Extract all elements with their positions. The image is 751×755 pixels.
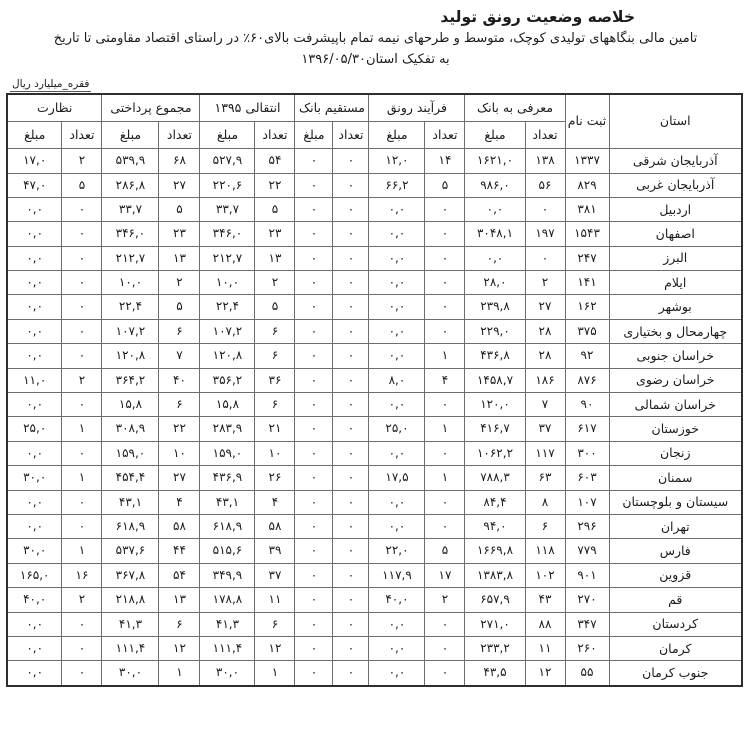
value-cell: ۶۱۸,۹ [200, 515, 255, 539]
value-cell: ۴۴ [159, 539, 200, 563]
value-cell: ۱۴۱ [565, 271, 609, 295]
value-cell: ۰ [333, 588, 369, 612]
value-cell: ۱۳۸۳,۸ [465, 563, 525, 587]
value-cell: ۲۳۳,۲ [465, 636, 525, 660]
value-cell: ۰ [333, 222, 369, 246]
value-cell: ۰ [333, 466, 369, 490]
value-cell: ۰,۰ [7, 197, 62, 221]
value-cell: ۱۵۹,۰ [102, 441, 159, 465]
value-cell: ۱۶۶۹,۸ [465, 539, 525, 563]
value-cell: ۲۷ [159, 466, 200, 490]
value-cell: ۶۵۷,۹ [465, 588, 525, 612]
value-cell: ۸۷۶ [565, 368, 609, 392]
value-cell: ۰,۰ [369, 490, 425, 514]
value-cell: ۰ [62, 612, 102, 636]
value-cell: ۰ [425, 222, 465, 246]
header-group-intro-to-bank: معرفی به بانک [465, 94, 565, 122]
value-cell: ۰,۰ [465, 246, 525, 270]
value-cell: ۱۰۶۲,۲ [465, 441, 525, 465]
value-cell: ۰ [425, 271, 465, 295]
value-cell: ۰,۰ [369, 246, 425, 270]
value-cell: ۰,۰ [7, 393, 62, 417]
value-cell: ۲۸,۰ [465, 271, 525, 295]
value-cell: ۰,۰ [7, 612, 62, 636]
value-cell: ۳۰,۰ [200, 661, 255, 686]
value-cell: ۱۲,۰ [369, 149, 425, 173]
value-cell: ۰ [333, 197, 369, 221]
value-cell: ۶۸ [159, 149, 200, 173]
value-cell: ۲۲۹,۰ [465, 319, 525, 343]
value-cell: ۶ [255, 319, 295, 343]
value-cell: ۲۱۸,۸ [102, 588, 159, 612]
value-cell: ۰ [62, 636, 102, 660]
value-cell: ۲ [62, 368, 102, 392]
value-cell: ۱۱,۰ [7, 368, 62, 392]
value-cell: ۵۴ [159, 563, 200, 587]
value-cell: ۴۰ [159, 368, 200, 392]
value-cell: ۱۶ [62, 563, 102, 587]
value-cell: ۷ [159, 344, 200, 368]
value-cell: ۲۲۰,۶ [200, 173, 255, 197]
province-cell: خوزستان [609, 417, 742, 441]
value-cell: ۲۸۳,۹ [200, 417, 255, 441]
table-row: خراسان رضوی۸۷۶۱۸۶۱۴۵۸,۷۴۸,۰۰۰۳۶۳۵۶,۲۴۰۳۶… [7, 368, 742, 392]
table-row: قزوین۹۰۱۱۰۲۱۳۸۳,۸۱۷۱۱۷,۹۰۰۳۷۳۴۹,۹۵۴۳۶۷,۸… [7, 563, 742, 587]
value-cell: ۴ [159, 490, 200, 514]
value-cell: ۴ [255, 490, 295, 514]
value-cell: ۰,۰ [7, 441, 62, 465]
value-cell: ۳۰۰ [565, 441, 609, 465]
value-cell: ۰ [295, 441, 333, 465]
value-cell: ۶ [159, 612, 200, 636]
value-cell: ۰,۰ [369, 393, 425, 417]
value-cell: ۴۵۴,۴ [102, 466, 159, 490]
subtitle-line-1: تامین مالی بنگاههای تولیدی کوچک، متوسط و… [14, 28, 737, 50]
value-cell: ۱۰۲ [525, 563, 565, 587]
value-cell: ۱ [159, 661, 200, 686]
value-cell: ۱۲۰,۸ [102, 344, 159, 368]
value-cell: ۲ [62, 149, 102, 173]
province-cell: قم [609, 588, 742, 612]
province-cell: آذربایجان شرقی [609, 149, 742, 173]
value-cell: ۳۸۱ [565, 197, 609, 221]
table-row: اصفهان۱۵۴۳۱۹۷۳۰۴۸,۱۰۰,۰۰۰۲۳۳۴۶,۰۲۳۳۴۶,۰۰… [7, 222, 742, 246]
value-cell: ۴۳۶,۹ [200, 466, 255, 490]
header-group-bank-direct: مستقیم بانک [295, 94, 369, 122]
header-group-prosperity-process: فرآیند رونق [369, 94, 465, 122]
value-cell: ۲۸۶,۸ [102, 173, 159, 197]
value-cell: ۰,۰ [7, 490, 62, 514]
header-sub-count: تعداد [255, 122, 295, 149]
value-cell: ۰ [62, 197, 102, 221]
value-cell: ۲۷۱,۰ [465, 612, 525, 636]
value-cell: ۰ [62, 319, 102, 343]
value-cell: ۱۱۷ [525, 441, 565, 465]
value-cell: ۵۳۷,۶ [102, 539, 159, 563]
value-cell: ۲۸ [525, 319, 565, 343]
value-cell: ۱ [62, 466, 102, 490]
value-cell: ۰ [425, 197, 465, 221]
value-cell: ۲۲,۴ [102, 295, 159, 319]
value-cell: ۰ [333, 417, 369, 441]
value-cell: ۵۲۷,۹ [200, 149, 255, 173]
value-cell: ۳۴۶,۰ [102, 222, 159, 246]
table-row: سمنان۶۰۳۶۳۷۸۸,۳۱۱۷,۵۰۰۲۶۴۳۶,۹۲۷۴۵۴,۴۱۳۰,… [7, 466, 742, 490]
value-cell: ۶ [255, 393, 295, 417]
value-cell: ۱۳ [159, 246, 200, 270]
value-cell: ۰ [295, 539, 333, 563]
value-cell: ۲۶۰ [565, 636, 609, 660]
value-cell: ۰ [295, 149, 333, 173]
value-cell: ۱ [255, 661, 295, 686]
subtitle-line-2: ۱۳۹۶/۰۵/۳۰به تفکیک استان [14, 50, 737, 71]
value-cell: ۲۷ [525, 295, 565, 319]
table-row: اردبیل۳۸۱۰۰,۰۰۰,۰۰۰۵۳۳,۷۵۳۳,۷۰۰,۰ [7, 197, 742, 221]
province-cell: بوشهر [609, 295, 742, 319]
table-row: خراسان جنوبی۹۲۲۸۴۳۶,۸۱۰,۰۰۰۶۱۲۰,۸۷۱۲۰,۸۰… [7, 344, 742, 368]
header-group-transferred-1395: انتقالی ۱۳۹۵ [200, 94, 295, 122]
value-cell: ۵ [159, 295, 200, 319]
value-cell: ۰,۰ [369, 271, 425, 295]
value-cell: ۳۶۴,۲ [102, 368, 159, 392]
value-cell: ۱۵,۸ [102, 393, 159, 417]
value-cell: ۲ [425, 588, 465, 612]
value-cell: ۱ [62, 539, 102, 563]
value-cell: ۷۸۸,۳ [465, 466, 525, 490]
value-cell: ۰ [62, 246, 102, 270]
province-cell: کردستان [609, 612, 742, 636]
value-cell: ۰,۰ [7, 319, 62, 343]
value-cell: ۱۰,۰ [102, 271, 159, 295]
header-sub-count: تعداد [333, 122, 369, 149]
value-cell: ۵ [255, 295, 295, 319]
value-cell: ۰,۰ [7, 271, 62, 295]
header-sub-count: تعداد [525, 122, 565, 149]
value-cell: ۲۲ [255, 173, 295, 197]
value-cell: ۲۵,۰ [369, 417, 425, 441]
table-row: چهارمحال و بختیاری۳۷۵۲۸۲۲۹,۰۰۰,۰۰۰۶۱۰۷,۲… [7, 319, 742, 343]
table-row: کردستان۳۴۷۸۸۲۷۱,۰۰۰,۰۰۰۶۴۱,۳۶۴۱,۳۰۰,۰ [7, 612, 742, 636]
table-body: آذربایجان شرقی۱۳۳۷۱۳۸۱۶۲۱,۰۱۴۱۲,۰۰۰۵۴۵۲۷… [7, 149, 742, 686]
value-cell: ۱۴۵۸,۷ [465, 368, 525, 392]
value-cell: ۹۲ [565, 344, 609, 368]
value-cell: ۰ [333, 173, 369, 197]
value-cell: ۲۳ [255, 222, 295, 246]
value-cell: ۱۰ [255, 441, 295, 465]
table-row: آذربایجان غربی۸۲۹۵۶۹۸۶,۰۵۶۶,۲۰۰۲۲۲۲۰,۶۲۷… [7, 173, 742, 197]
value-cell: ۰,۰ [369, 515, 425, 539]
value-cell: ۱۲ [525, 661, 565, 686]
value-cell: ۱۹۷ [525, 222, 565, 246]
value-cell: ۲۴۷ [565, 246, 609, 270]
value-cell: ۰ [62, 441, 102, 465]
value-cell: ۰ [295, 319, 333, 343]
value-cell: ۳۰,۰ [7, 466, 62, 490]
value-cell: ۶ [159, 393, 200, 417]
value-cell: ۱۰۷ [565, 490, 609, 514]
value-cell: ۱۲۰,۸ [200, 344, 255, 368]
value-cell: ۰,۰ [7, 636, 62, 660]
value-cell: ۰,۰ [369, 441, 425, 465]
value-cell: ۲۲,۰ [369, 539, 425, 563]
value-cell: ۵ [425, 173, 465, 197]
value-cell: ۰ [62, 661, 102, 686]
header-sub-count: تعداد [62, 122, 102, 149]
value-cell: ۰ [333, 319, 369, 343]
value-cell: ۶ [255, 344, 295, 368]
province-cell: چهارمحال و بختیاری [609, 319, 742, 343]
value-cell: ۱ [425, 344, 465, 368]
value-cell: ۰ [333, 271, 369, 295]
value-cell: ۳۴۶,۰ [200, 222, 255, 246]
value-cell: ۰ [333, 149, 369, 173]
value-cell: ۳۶۷,۸ [102, 563, 159, 587]
value-cell: ۵ [62, 173, 102, 197]
value-cell: ۱۲۰,۰ [465, 393, 525, 417]
value-cell: ۵۳۹,۹ [102, 149, 159, 173]
value-cell: ۵ [425, 539, 465, 563]
value-cell: ۴۰,۰ [7, 588, 62, 612]
value-cell: ۵ [255, 197, 295, 221]
value-cell: ۰ [333, 563, 369, 587]
value-cell: ۰ [62, 393, 102, 417]
value-cell: ۱۳ [255, 246, 295, 270]
value-cell: ۰,۰ [369, 661, 425, 686]
table-row: سیستان و بلوچستان۱۰۷۸۸۴,۴۰۰,۰۰۰۴۴۳,۱۴۴۳,… [7, 490, 742, 514]
value-cell: ۲۱۲,۷ [200, 246, 255, 270]
value-cell: ۵۴ [255, 149, 295, 173]
value-cell: ۰ [425, 636, 465, 660]
value-cell: ۰ [333, 441, 369, 465]
table-row: البرز۲۴۷۰۰,۰۰۰,۰۰۰۱۳۲۱۲,۷۱۳۲۱۲,۷۰۰,۰ [7, 246, 742, 270]
province-cell: سیستان و بلوچستان [609, 490, 742, 514]
value-cell: ۰,۰ [465, 197, 525, 221]
value-cell: ۴۳ [525, 588, 565, 612]
value-cell: ۰ [295, 612, 333, 636]
value-cell: ۰ [333, 344, 369, 368]
value-cell: ۳۷۵ [565, 319, 609, 343]
header-province: استان [609, 94, 742, 149]
value-cell: ۳۴۹,۹ [200, 563, 255, 587]
header-sub-amount: مبلغ [465, 122, 525, 149]
value-cell: ۰ [425, 393, 465, 417]
header-group-total-paid: مجموع پرداختی [102, 94, 200, 122]
value-cell: ۵ [159, 197, 200, 221]
value-cell: ۰ [62, 295, 102, 319]
table-row: زنجان۳۰۰۱۱۷۱۰۶۲,۲۰۰,۰۰۰۱۰۱۵۹,۰۱۰۱۵۹,۰۰۰,… [7, 441, 742, 465]
value-cell: ۰ [295, 661, 333, 686]
value-cell: ۰ [295, 515, 333, 539]
value-cell: ۱۰ [159, 441, 200, 465]
value-cell: ۶۱۸,۹ [102, 515, 159, 539]
value-cell: ۲۳ [159, 222, 200, 246]
value-cell: ۳۰۴۸,۱ [465, 222, 525, 246]
table-row: فارس۷۷۹۱۱۸۱۶۶۹,۸۵۲۲,۰۰۰۳۹۵۱۵,۶۴۴۵۳۷,۶۱۳۰… [7, 539, 742, 563]
value-cell: ۲۳۹,۸ [465, 295, 525, 319]
value-cell: ۰,۰ [369, 636, 425, 660]
value-cell: ۱۷,۵ [369, 466, 425, 490]
value-cell: ۱۱۱,۴ [200, 636, 255, 660]
value-cell: ۶ [255, 612, 295, 636]
province-cell: خراسان جنوبی [609, 344, 742, 368]
value-cell: ۷ [525, 393, 565, 417]
value-cell: ۰ [425, 441, 465, 465]
value-cell: ۱ [425, 466, 465, 490]
value-cell: ۹۸۶,۰ [465, 173, 525, 197]
table-row: کرمان۲۶۰۱۱۲۳۳,۲۰۰,۰۰۰۱۲۱۱۱,۴۱۲۱۱۱,۴۰۰,۰ [7, 636, 742, 660]
value-cell: ۴۱۶,۷ [465, 417, 525, 441]
value-cell: ۰,۰ [369, 222, 425, 246]
table-row: بوشهر۱۶۲۲۷۲۳۹,۸۰۰,۰۰۰۵۲۲,۴۵۲۲,۴۰۰,۰ [7, 295, 742, 319]
value-cell: ۰,۰ [7, 344, 62, 368]
value-cell: ۴۱,۳ [200, 612, 255, 636]
value-cell: ۱۵,۸ [200, 393, 255, 417]
value-cell: ۴۱,۳ [102, 612, 159, 636]
value-cell: ۰,۰ [369, 344, 425, 368]
value-cell: ۲ [62, 588, 102, 612]
header-sub-count: تعداد [159, 122, 200, 149]
value-cell: ۳۳,۷ [102, 197, 159, 221]
value-cell: ۸,۰ [369, 368, 425, 392]
value-cell: ۸ [525, 490, 565, 514]
value-cell: ۱۴ [425, 149, 465, 173]
value-cell: ۰ [62, 344, 102, 368]
value-cell: ۱۰۷,۲ [102, 319, 159, 343]
value-cell: ۲ [525, 271, 565, 295]
value-cell: ۱۱۸ [525, 539, 565, 563]
value-cell: ۳۷ [525, 417, 565, 441]
province-cell: زنجان [609, 441, 742, 465]
value-cell: ۵۶ [525, 173, 565, 197]
value-cell: ۰ [295, 197, 333, 221]
value-cell: ۶۳ [525, 466, 565, 490]
value-cell: ۰,۰ [7, 222, 62, 246]
value-cell: ۱۳۸ [525, 149, 565, 173]
value-cell: ۱ [425, 417, 465, 441]
value-cell: ۰,۰ [369, 197, 425, 221]
value-cell: ۲۲,۴ [200, 295, 255, 319]
value-cell: ۱۶۵,۰ [7, 563, 62, 587]
table-row: قم۲۷۰۴۳۶۵۷,۹۲۴۰,۰۰۰۱۱۱۷۸,۸۱۳۲۱۸,۸۲۴۰,۰ [7, 588, 742, 612]
value-cell: ۰ [425, 661, 465, 686]
value-cell: ۰ [425, 515, 465, 539]
value-cell: ۱۱۷,۹ [369, 563, 425, 587]
value-cell: ۹۰ [565, 393, 609, 417]
value-cell: ۰ [425, 246, 465, 270]
province-cell: سمنان [609, 466, 742, 490]
value-cell: ۰ [425, 319, 465, 343]
value-cell: ۴ [425, 368, 465, 392]
value-cell: ۰,۰ [369, 319, 425, 343]
value-cell: ۳۰۸,۹ [102, 417, 159, 441]
value-cell: ۲۶ [255, 466, 295, 490]
value-cell: ۶۶,۲ [369, 173, 425, 197]
value-cell: ۰,۰ [369, 612, 425, 636]
production-status-table: استان ثبت نام معرفی به بانک فرآیند رونق … [6, 93, 743, 687]
value-cell: ۰ [295, 222, 333, 246]
province-cell: قزوین [609, 563, 742, 587]
value-cell: ۹۰۱ [565, 563, 609, 587]
header-sub-amount: مبلغ [7, 122, 62, 149]
value-cell: ۰,۰ [7, 515, 62, 539]
value-cell: ۰ [333, 368, 369, 392]
header-group-supervision: نظارت [7, 94, 102, 122]
value-cell: ۳۶ [255, 368, 295, 392]
value-cell: ۰ [62, 222, 102, 246]
value-cell: ۰ [525, 246, 565, 270]
report-page: خلاصه وضعیت رونق تولید تامین مالی بنگاهه… [0, 0, 751, 687]
value-cell: ۰ [295, 490, 333, 514]
value-cell: ۶ [525, 515, 565, 539]
value-cell: ۲۱ [255, 417, 295, 441]
value-cell: ۷۷۹ [565, 539, 609, 563]
province-cell: آذربایجان غربی [609, 173, 742, 197]
value-cell: ۱۳ [159, 588, 200, 612]
value-cell: ۱۵۹,۰ [200, 441, 255, 465]
value-cell: ۵۵ [565, 661, 609, 686]
value-cell: ۱۱ [525, 636, 565, 660]
value-cell: ۱۷۸,۸ [200, 588, 255, 612]
value-cell: ۵۸ [159, 515, 200, 539]
value-cell: ۱۷ [425, 563, 465, 587]
value-cell: ۰ [295, 393, 333, 417]
value-cell: ۳۷ [255, 563, 295, 587]
value-cell: ۶۰۳ [565, 466, 609, 490]
table-row: جنوب کرمان۵۵۱۲۴۳,۵۰۰,۰۰۰۱۳۰,۰۱۳۰,۰۰۰,۰ [7, 661, 742, 686]
value-cell: ۱۰,۰ [200, 271, 255, 295]
table-row: ایلام۱۴۱۲۲۸,۰۰۰,۰۰۰۲۱۰,۰۲۱۰,۰۰۰,۰ [7, 271, 742, 295]
value-cell: ۰ [333, 636, 369, 660]
header-sub-amount: مبلغ [295, 122, 333, 149]
value-cell: ۲۹۶ [565, 515, 609, 539]
value-cell: ۱۱ [255, 588, 295, 612]
value-cell: ۱ [62, 417, 102, 441]
value-cell: ۵۸ [255, 515, 295, 539]
province-cell: اصفهان [609, 222, 742, 246]
value-cell: ۰ [295, 295, 333, 319]
header-sub-amount: مبلغ [200, 122, 255, 149]
value-cell: ۰ [333, 393, 369, 417]
table-header: استان ثبت نام معرفی به بانک فرآیند رونق … [7, 94, 742, 149]
province-cell: جنوب کرمان [609, 661, 742, 686]
header-registration: ثبت نام [565, 94, 609, 149]
value-cell: ۱۶۲۱,۰ [465, 149, 525, 173]
value-cell: ۰ [333, 612, 369, 636]
value-cell: ۱۰۷,۲ [200, 319, 255, 343]
value-cell: ۳۴۷ [565, 612, 609, 636]
table-row: خراسان شمالی۹۰۷۱۲۰,۰۰۰,۰۰۰۶۱۵,۸۶۱۵,۸۰۰,۰ [7, 393, 742, 417]
value-cell: ۲۷ [159, 173, 200, 197]
value-cell: ۰ [425, 612, 465, 636]
value-cell: ۱۲ [255, 636, 295, 660]
value-cell: ۲۱۲,۷ [102, 246, 159, 270]
value-cell: ۶۱۷ [565, 417, 609, 441]
value-cell: ۶ [159, 319, 200, 343]
province-cell: البرز [609, 246, 742, 270]
value-cell: ۰ [62, 490, 102, 514]
value-cell: ۰ [295, 344, 333, 368]
value-cell: ۸۲۹ [565, 173, 609, 197]
page-title: خلاصه وضعیت رونق تولید [440, 8, 635, 26]
value-cell: ۴۳۶,۸ [465, 344, 525, 368]
value-cell: ۰ [295, 271, 333, 295]
value-cell: ۱۱۱,۴ [102, 636, 159, 660]
value-cell: ۴۳,۱ [200, 490, 255, 514]
value-cell: ۰ [333, 661, 369, 686]
table-row: تهران۲۹۶۶۹۴,۰۰۰,۰۰۰۵۸۶۱۸,۹۵۸۶۱۸,۹۰۰,۰ [7, 515, 742, 539]
value-cell: ۱۳۳۷ [565, 149, 609, 173]
province-cell: کرمان [609, 636, 742, 660]
